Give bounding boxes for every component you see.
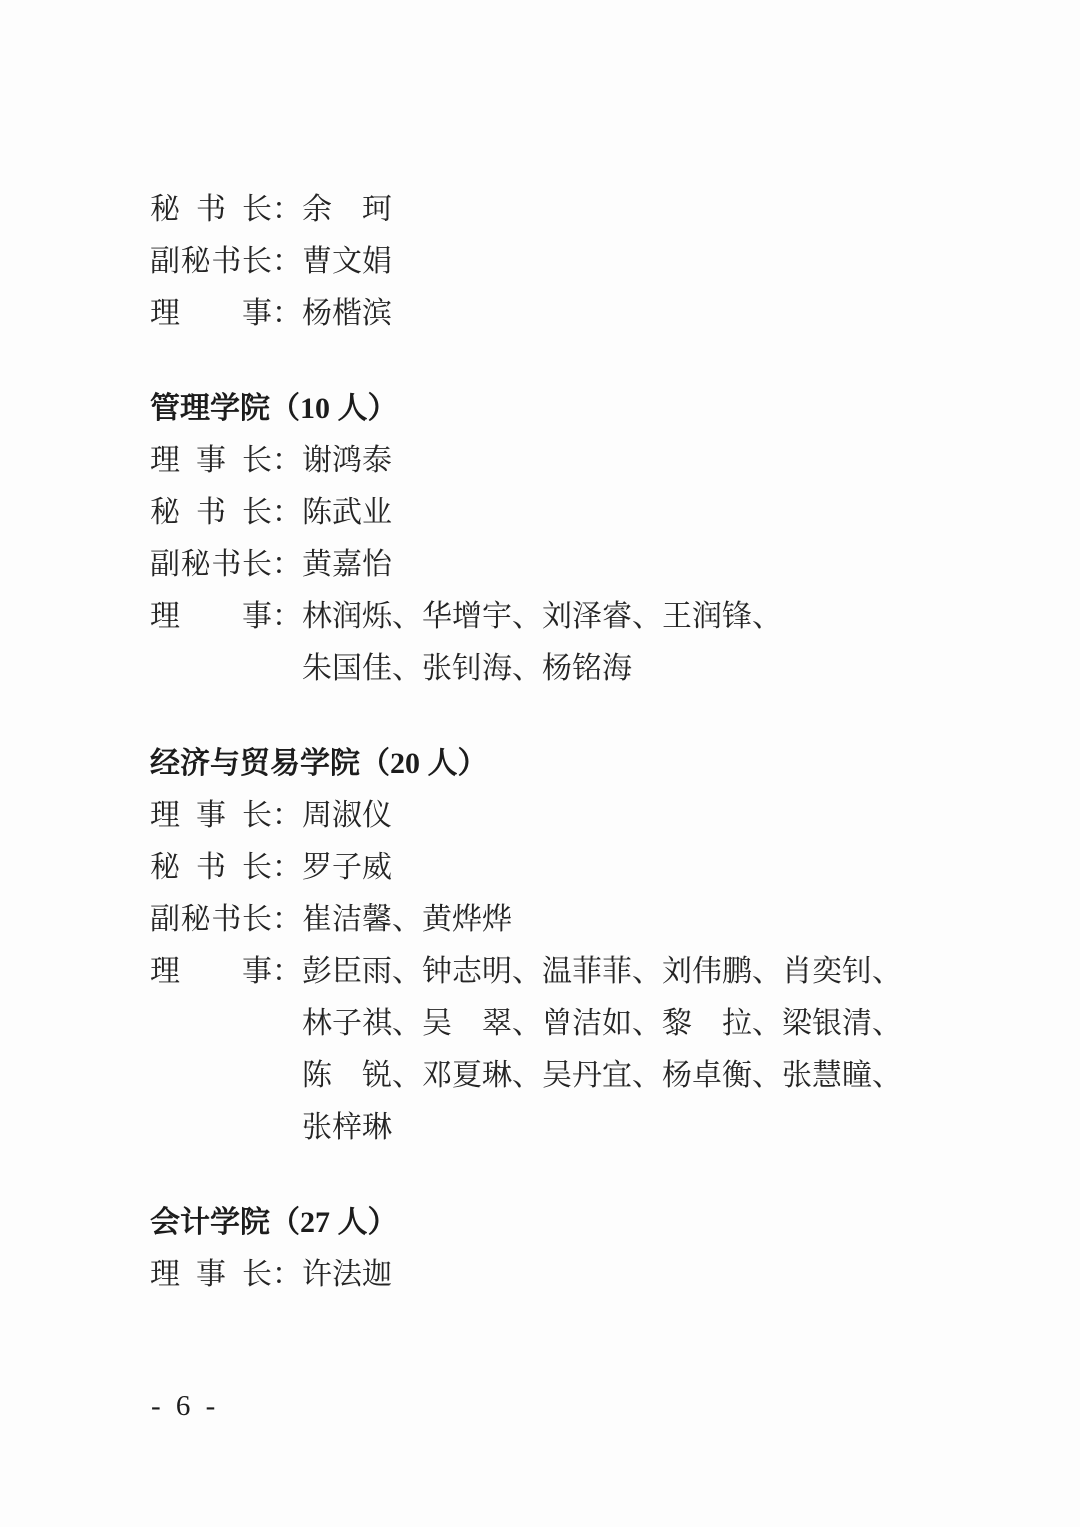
officer-names: 陈武业	[302, 487, 960, 539]
name-line: 余 珂	[302, 184, 960, 236]
officer-names: 崔洁馨、黄烨烨	[302, 894, 960, 946]
officer-names: 周淑仪	[302, 790, 960, 842]
officer-row: 秘书长：陈武业	[150, 487, 960, 539]
role-label: 理事	[150, 591, 272, 643]
role-label: 副秘书长	[150, 894, 272, 946]
role-label-char: 长	[242, 435, 272, 487]
role-label-char: 事	[242, 591, 272, 643]
officer-names: 罗子威	[302, 842, 960, 894]
role-colon: ：	[272, 435, 302, 487]
officer-names: 谢鸿泰	[302, 435, 960, 487]
role-label-char: 长	[242, 236, 272, 288]
officer-names: 林润烁、华增宇、刘泽睿、王润锋、朱国佳、张钊海、杨铭海	[302, 591, 960, 695]
role-label-char: 理	[150, 946, 180, 998]
section-heading: 管理学院（10 人）	[150, 383, 960, 435]
role-colon: ：	[272, 539, 302, 591]
document-page: 秘书长：余 珂副秘书长：曹文娟理事：杨楷滨管理学院（10 人）理事长：谢鸿泰秘书…	[0, 0, 1080, 1527]
role-label-char: 长	[242, 790, 272, 842]
role-label-char: 秘	[181, 236, 211, 288]
name-line: 谢鸿泰	[302, 435, 960, 487]
college-section: 秘书长：余 珂副秘书长：曹文娟理事：杨楷滨	[150, 184, 960, 340]
role-label-char: 长	[242, 894, 272, 946]
role-colon: ：	[272, 288, 302, 340]
role-label-char: 书	[196, 842, 226, 894]
role-label-char: 秘	[150, 842, 180, 894]
role-colon: ：	[272, 894, 302, 946]
officer-row: 理事：彭臣雨、钟志明、温菲菲、刘伟鹏、肖奕钊、林子祺、吴 翠、曾洁如、黎 拉、梁…	[150, 946, 960, 1154]
name-line: 林子祺、吴 翠、曾洁如、黎 拉、梁银清、	[302, 998, 960, 1050]
role-colon: ：	[272, 184, 302, 236]
officer-names: 彭臣雨、钟志明、温菲菲、刘伟鹏、肖奕钊、林子祺、吴 翠、曾洁如、黎 拉、梁银清、…	[302, 946, 960, 1154]
role-label-char: 事	[196, 1249, 226, 1301]
name-line: 杨楷滨	[302, 288, 960, 340]
role-label-char: 书	[196, 487, 226, 539]
role-label: 理事长	[150, 1249, 272, 1301]
officer-names: 许法迦	[302, 1249, 960, 1301]
role-label-char: 书	[196, 184, 226, 236]
officer-names: 黄嘉怡	[302, 539, 960, 591]
role-label-char: 书	[211, 894, 241, 946]
role-label-char: 事	[242, 946, 272, 998]
officer-row: 理事：林润烁、华增宇、刘泽睿、王润锋、朱国佳、张钊海、杨铭海	[150, 591, 960, 695]
role-label-char: 长	[242, 184, 272, 236]
role-label: 理事	[150, 288, 272, 340]
officer-row: 理事：杨楷滨	[150, 288, 960, 340]
role-colon: ：	[272, 236, 302, 288]
role-colon: ：	[272, 487, 302, 539]
role-label: 秘书长	[150, 487, 272, 539]
college-section: 会计学院（27 人）理事长：许法迦	[150, 1197, 960, 1301]
name-line: 崔洁馨、黄烨烨	[302, 894, 960, 946]
name-line: 彭臣雨、钟志明、温菲菲、刘伟鹏、肖奕钊、	[302, 946, 960, 998]
officer-names: 余 珂	[302, 184, 960, 236]
role-colon: ：	[272, 1249, 302, 1301]
role-label-char: 秘	[181, 539, 211, 591]
role-label-char: 书	[211, 236, 241, 288]
officer-row: 理事长：许法迦	[150, 1249, 960, 1301]
role-colon: ：	[272, 946, 302, 998]
name-line: 许法迦	[302, 1249, 960, 1301]
role-label-char: 长	[242, 1249, 272, 1301]
role-label-char: 副	[150, 894, 180, 946]
name-line: 陈武业	[302, 487, 960, 539]
section-heading: 经济与贸易学院（20 人）	[150, 738, 960, 790]
section-heading: 会计学院（27 人）	[150, 1197, 960, 1249]
role-label-char: 长	[242, 539, 272, 591]
role-label-char: 秘	[181, 894, 211, 946]
officer-row: 副秘书长：崔洁馨、黄烨烨	[150, 894, 960, 946]
role-label: 理事	[150, 946, 272, 998]
role-colon: ：	[272, 842, 302, 894]
role-label-char: 长	[242, 487, 272, 539]
name-line: 罗子威	[302, 842, 960, 894]
role-label-char: 理	[150, 1249, 180, 1301]
officer-names: 杨楷滨	[302, 288, 960, 340]
name-line: 曹文娟	[302, 236, 960, 288]
role-label: 秘书长	[150, 184, 272, 236]
officer-row: 理事长：周淑仪	[150, 790, 960, 842]
role-label: 副秘书长	[150, 236, 272, 288]
officer-row: 副秘书长：曹文娟	[150, 236, 960, 288]
name-line: 黄嘉怡	[302, 539, 960, 591]
name-line: 周淑仪	[302, 790, 960, 842]
name-line: 陈 锐、邓夏琳、吴丹宜、杨卓衡、张慧瞳、	[302, 1050, 960, 1102]
role-label-char: 理	[150, 288, 180, 340]
college-section: 经济与贸易学院（20 人）理事长：周淑仪秘书长：罗子威副秘书长：崔洁馨、黄烨烨理…	[150, 738, 960, 1154]
page-number: - 6 -	[151, 1390, 219, 1423]
college-section: 管理学院（10 人）理事长：谢鸿泰秘书长：陈武业副秘书长：黄嘉怡理事：林润烁、华…	[150, 383, 960, 695]
role-label-char: 秘	[150, 487, 180, 539]
officer-row: 秘书长：余 珂	[150, 184, 960, 236]
role-label-char: 副	[150, 539, 180, 591]
name-line: 朱国佳、张钊海、杨铭海	[302, 643, 960, 695]
role-label: 理事长	[150, 790, 272, 842]
name-line: 林润烁、华增宇、刘泽睿、王润锋、	[302, 591, 960, 643]
role-label: 副秘书长	[150, 539, 272, 591]
role-label-char: 书	[211, 539, 241, 591]
officer-row: 理事长：谢鸿泰	[150, 435, 960, 487]
role-label-char: 事	[196, 435, 226, 487]
officer-names: 曹文娟	[302, 236, 960, 288]
role-label: 理事长	[150, 435, 272, 487]
officer-row: 副秘书长：黄嘉怡	[150, 539, 960, 591]
role-label-char: 理	[150, 790, 180, 842]
role-label-char: 理	[150, 591, 180, 643]
role-colon: ：	[272, 591, 302, 643]
role-colon: ：	[272, 790, 302, 842]
role-label-char: 秘	[150, 184, 180, 236]
role-label-char: 理	[150, 435, 180, 487]
name-line: 张梓琳	[302, 1102, 960, 1154]
role-label-char: 事	[196, 790, 226, 842]
role-label-char: 事	[242, 288, 272, 340]
role-label-char: 长	[242, 842, 272, 894]
role-label: 秘书长	[150, 842, 272, 894]
role-label-char: 副	[150, 236, 180, 288]
document-content: 秘书长：余 珂副秘书长：曹文娟理事：杨楷滨管理学院（10 人）理事长：谢鸿泰秘书…	[150, 184, 960, 1301]
officer-row: 秘书长：罗子威	[150, 842, 960, 894]
